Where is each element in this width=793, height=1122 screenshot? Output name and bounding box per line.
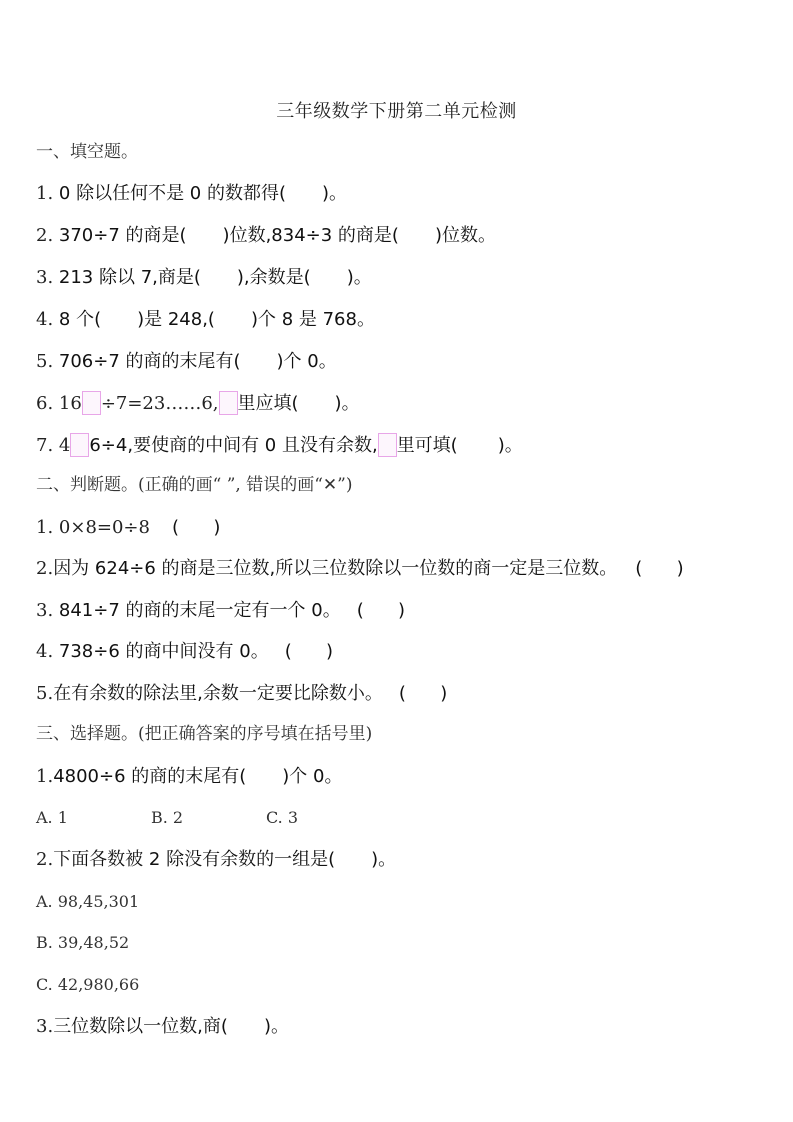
question-text: ÷7=23……6, <box>101 393 219 414</box>
answer-parentheses[interactable]: ( ) <box>172 517 220 538</box>
question-text: 下面各数被 2 除没有余数的一组是( <box>53 849 335 870</box>
question-text: 里可填( <box>397 435 458 456</box>
question-text: 706÷7 的商的末尾有( <box>59 351 241 372</box>
judge-question-5: 5.在有余数的除法里,余数一定要比除数小。( ) <box>36 682 447 706</box>
answer-parentheses[interactable]: ( ) <box>635 558 683 579</box>
fill-question-4: 4. 8 个()是 248,()个 8 是 768。 <box>36 308 375 332</box>
option-a[interactable]: A. 98,45,301 <box>36 890 139 914</box>
question-text: 841÷7 的商的末尾一定有一个 0。 <box>59 600 341 621</box>
worksheet-page: 三年级数学下册第二单元检测 一、填空题。 1. 0 除以任何不是 0 的数都得(… <box>0 0 793 1122</box>
question-number: 4. <box>36 641 59 662</box>
question-number: 6. <box>36 393 59 414</box>
question-text: )。 <box>371 849 396 870</box>
question-text: )位数,834÷3 的商是( <box>223 225 399 246</box>
choice-question-2: 2.下面各数被 2 除没有余数的一组是()。 <box>36 848 396 872</box>
question-text: 三位数除以一位数,商( <box>53 1016 228 1037</box>
option-a[interactable]: A. 1 <box>36 806 151 830</box>
page-title: 三年级数学下册第二单元检测 <box>0 97 793 123</box>
question-text: )。 <box>347 267 372 288</box>
question-text: 6÷4,要使商的中间有 0 且没有余数, <box>89 435 377 456</box>
question-number: 3. <box>36 600 59 621</box>
fill-question-6: 6. 16÷7=23……6,里应填()。 <box>36 391 360 416</box>
option-c[interactable]: C. 3 <box>266 806 381 830</box>
question-text: )。 <box>264 1016 289 1037</box>
choice-question-1-options: A. 1B. 2C. 3 <box>36 806 381 830</box>
question-text: ),余数是( <box>237 267 311 288</box>
fill-question-1: 1. 0 除以任何不是 0 的数都得()。 <box>36 182 347 206</box>
question-text: 因为 624÷6 的商是三位数,所以三位数除以一位数的商一定是三位数。 <box>53 558 617 579</box>
section-2-heading: 二、判断题。(正确的画“ ”, 错误的画“✕”) <box>36 473 352 497</box>
option-b[interactable]: B. 2 <box>151 806 266 830</box>
question-text: 4 <box>59 435 70 456</box>
question-number: 3. <box>36 1016 53 1037</box>
section-3-heading: 三、选择题。(把正确答案的序号填在括号里) <box>36 722 372 746</box>
digit-box[interactable] <box>82 391 101 415</box>
answer-parentheses[interactable]: ( ) <box>399 683 447 704</box>
question-number: 2. <box>36 225 59 246</box>
fill-question-3: 3. 213 除以 7,商是(),余数是()。 <box>36 266 372 290</box>
choice-question-1: 1.4800÷6 的商的末尾有()个 0。 <box>36 765 342 789</box>
fill-question-2: 2. 370÷7 的商是()位数,834÷3 的商是()位数。 <box>36 224 496 248</box>
question-text: 里应填( <box>238 393 299 414</box>
question-number: 1. <box>36 517 59 538</box>
question-text: )是 248,( <box>137 309 215 330</box>
judge-question-2: 2.因为 624÷6 的商是三位数,所以三位数除以一位数的商一定是三位数。( ) <box>36 557 684 581</box>
question-text: )位数。 <box>435 225 496 246</box>
digit-box-reference <box>378 433 397 457</box>
answer-parentheses[interactable]: ( ) <box>285 641 333 662</box>
question-number: 3. <box>36 267 59 288</box>
question-text: )个 8 是 768。 <box>251 309 375 330</box>
question-text: 0 除以任何不是 0 的数都得( <box>59 183 286 204</box>
question-text: 8 个( <box>59 309 101 330</box>
question-text: 213 除以 7,商是( <box>59 267 201 288</box>
option-b[interactable]: B. 39,48,52 <box>36 931 129 955</box>
fill-question-7: 7. 46÷4,要使商的中间有 0 且没有余数,里可填()。 <box>36 433 523 458</box>
judge-question-4: 4. 738÷6 的商中间没有 0。( ) <box>36 640 333 664</box>
question-number: 7. <box>36 435 59 456</box>
question-text: )个 0。 <box>277 351 337 372</box>
question-text: 在有余数的除法里,余数一定要比除数小。 <box>53 683 383 704</box>
question-text: 4800÷6 的商的末尾有( <box>53 766 246 787</box>
question-text: )。 <box>335 393 360 414</box>
judge-question-1: 1. 0×8=0÷8( ) <box>36 516 220 540</box>
question-text: 0×8=0÷8 <box>59 517 150 538</box>
question-text: )个 0。 <box>282 766 342 787</box>
judge-question-3: 3. 841÷7 的商的末尾一定有一个 0。( ) <box>36 599 405 623</box>
option-c[interactable]: C. 42,980,66 <box>36 973 139 997</box>
digit-box-reference <box>219 391 238 415</box>
choice-question-3: 3.三位数除以一位数,商()。 <box>36 1015 289 1039</box>
digit-box[interactable] <box>70 433 89 457</box>
question-text: 738÷6 的商中间没有 0。 <box>59 641 269 662</box>
question-number: 1. <box>36 766 53 787</box>
answer-parentheses[interactable]: ( ) <box>357 600 405 621</box>
question-number: 4. <box>36 309 59 330</box>
question-number: 1. <box>36 183 59 204</box>
question-number: 5. <box>36 351 59 372</box>
question-text: )。 <box>498 435 523 456</box>
question-text: 370÷7 的商是( <box>59 225 187 246</box>
question-text: )。 <box>322 183 347 204</box>
fill-question-5: 5. 706÷7 的商的末尾有()个 0。 <box>36 350 337 374</box>
question-number: 2. <box>36 849 53 870</box>
section-1-heading: 一、填空题。 <box>36 140 138 164</box>
question-number: 2. <box>36 558 53 579</box>
question-number: 5. <box>36 683 53 704</box>
question-text: 16 <box>59 393 82 414</box>
